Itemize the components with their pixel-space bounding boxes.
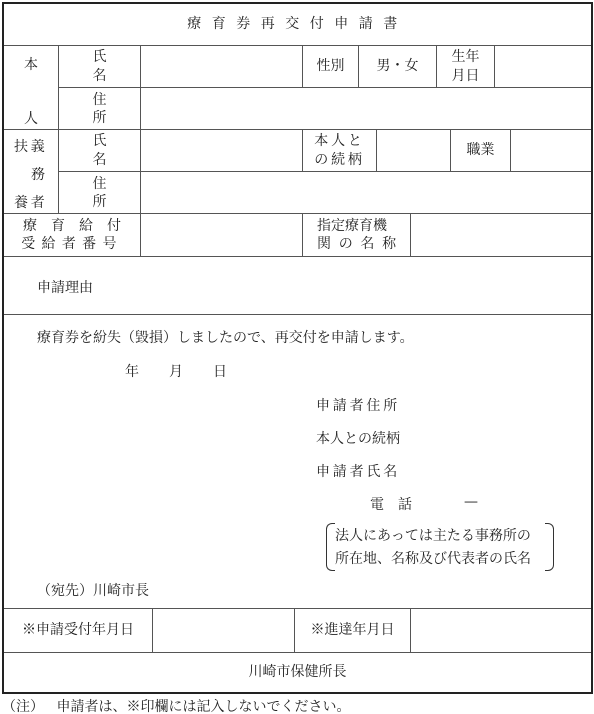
person-group-label-top: 本 [24,54,38,74]
guardian-group-label-3: 養者 [14,192,48,212]
declaration-statement: 療育券を紛失（毀損）しましたので、再交付を申請します。 [37,327,414,347]
person-birthdate-label-2: 月日 [452,67,480,85]
reason-row: 申請理由 [4,257,591,315]
date-year-label: 年 [125,361,139,381]
guardian-address-row: 住 所 [58,172,591,214]
guardian-group-label-1: 扶義 [14,136,48,156]
form-title: 療育券再交付申請書 [187,15,408,33]
guardian-group: 扶義 務 養者 [4,130,58,214]
person-name-field[interactable] [140,46,302,87]
applicant-relation-label: 本人との続柄 [316,428,400,448]
date-month-label: 月 [169,361,183,381]
title-row: 療育券再交付申請書 [4,4,591,46]
director-row: 川崎市保健所長 [4,653,591,692]
institution-label-1: 指定療育機 [317,217,387,235]
reason-label: 申請理由 [37,277,93,297]
benefit-number-field[interactable] [140,214,302,256]
corporate-note: 法人にあっては主たる事務所の 所在地、名称及び代表者の氏名 [326,523,554,571]
benefit-row: 療 育 給 付 受給者番号 指定療育機 関の名称 [4,214,591,257]
benefit-number-label-1: 療 育 給 付 [23,217,121,235]
received-date-label: ※申請受付年月日 [22,621,134,639]
health-center-director: 川崎市保健所長 [249,663,347,681]
corporate-note-line-1: 法人にあっては主たる事務所の [335,525,531,545]
corporate-note-line-2: 所在地、名称及び代表者の氏名 [335,548,531,568]
guardian-relation-field[interactable] [376,130,450,171]
person-group: 本 人 [4,46,58,130]
guardian-relation-label-1: 本人と [314,132,364,150]
person-address-label: 住 所 [59,91,140,127]
forwarded-date-field[interactable] [410,609,591,652]
person-sex-options: 男・女 [377,57,419,75]
reason-field[interactable] [114,261,587,310]
person-name-row: 氏 名 性別 男・女 生年 月日 [58,46,591,88]
person-sex-label: 性別 [317,57,345,75]
guardian-name-row: 氏 名 本人と の続柄 職業 [58,130,591,172]
person-address-field[interactable] [140,88,591,130]
left-bracket-icon [326,523,335,571]
footnote-prefix: （注） [2,699,44,714]
date-day-label: 日 [213,361,227,381]
guardian-address-field[interactable] [140,172,591,214]
benefit-number-label-2: 受給者番号 [21,235,123,253]
person-birthdate-label-1: 生年 [452,48,480,66]
guardian-address-label: 住 所 [59,175,140,211]
guardian-name-field[interactable] [140,130,302,171]
person-address-row: 住 所 [58,88,591,130]
guardian-group-label-2: 務 [31,164,45,184]
person-birthdate-field[interactable] [494,46,591,87]
guardian-occupation-label: 職業 [467,141,495,159]
institution-field[interactable] [410,214,591,256]
applicant-address-label: 申請者住所 [316,395,400,415]
footnote: （注） 申請者は、※印欄には記入しないでください。 [2,696,350,714]
addressee: （宛先）川崎市長 [37,580,149,600]
guardian-occupation-field[interactable] [510,130,591,171]
person-group-label-bottom: 人 [24,108,38,128]
received-date-field[interactable] [152,609,294,652]
person-name-label: 氏 名 [59,48,140,84]
footnote-text: 申請者は、※印欄には記入しないでください。 [56,699,350,714]
guardian-name-label: 氏 名 [59,132,140,168]
right-bracket-icon [545,523,554,571]
application-form: 療育券再交付申請書 本 人 氏 名 性別 男・女 生年 月日 住 所 扶義 [2,2,593,694]
applicant-name-label: 申請者氏名 [316,461,400,481]
phone-separator: — [464,494,478,510]
office-use-row: ※申請受付年月日 ※進達年月日 [4,609,591,653]
institution-label-2: 関の名称 [317,235,404,253]
person-sex-field[interactable]: 男・女 [358,46,436,87]
forwarded-date-label: ※進達年月日 [311,621,395,639]
declaration-section: 療育券を紛失（毀損）しましたので、再交付を申請します。 年 月 日 申請者住所 … [4,315,591,609]
guardian-relation-label-2: の続柄 [314,151,364,169]
phone-label: 電 話 [370,494,412,514]
